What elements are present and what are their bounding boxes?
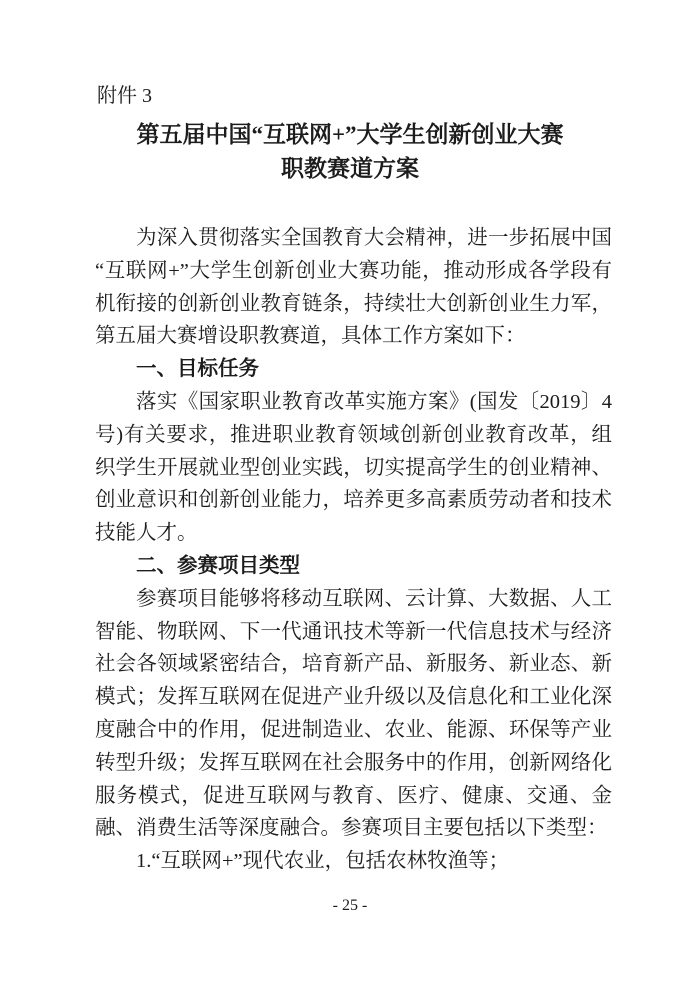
body-paragraph-project-types: 参赛项目能够将移动互联网、云计算、大数据、人工智能、物联网、下一代通讯技术等新一…	[95, 583, 612, 845]
document-title: 第五届中国“互联网+”大学生创新创业大赛 职教赛道方案	[0, 118, 700, 186]
section-heading-1: 一、目标任务	[95, 353, 612, 386]
page-number: - 25 -	[0, 896, 700, 916]
document-title-line1: 第五届中国“互联网+”大学生创新创业大赛	[0, 118, 700, 152]
body-paragraph-goals: 落实《国家职业教育改革实施方案》(国发〔2019〕4号)有关要求，推进职业教育领…	[95, 386, 612, 550]
document-body: 为深入贯彻落实全国教育大会精神，进一步拓展中国“互联网+”大学生创新创业大赛功能…	[95, 222, 612, 878]
attachment-label: 附件 3	[97, 84, 152, 108]
body-paragraph-intro: 为深入贯彻落实全国教育大会精神，进一步拓展中国“互联网+”大学生创新创业大赛功能…	[95, 222, 612, 353]
list-item-1-agriculture: 1.“互联网+”现代农业，包括农林牧渔等；	[95, 845, 612, 878]
document-title-line2: 职教赛道方案	[0, 152, 700, 186]
section-heading-2: 二、参赛项目类型	[95, 550, 612, 583]
document-page: 附件 3 第五届中国“互联网+”大学生创新创业大赛 职教赛道方案 为深入贯彻落实…	[0, 0, 700, 990]
